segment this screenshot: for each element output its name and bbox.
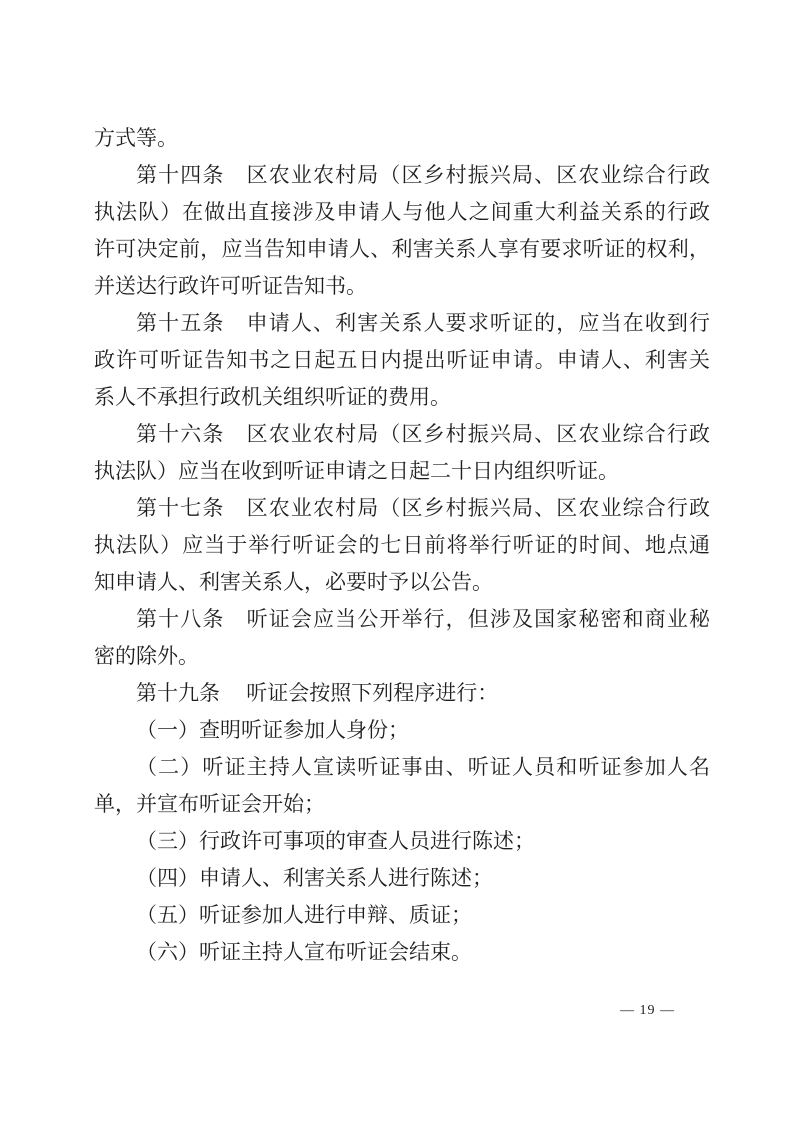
text-line: 系人不承担行政机关组织听证的费用。 xyxy=(94,379,710,416)
text-line: 知申请人、利害关系人，必要时予以公告。 xyxy=(94,564,710,601)
text-line: 第十九条 听证会按照下列程序进行： xyxy=(94,675,710,712)
text-line: （一）查明听证参加人身份； xyxy=(94,712,710,749)
text-line: 执法队）在做出直接涉及申请人与他人之间重大利益关系的行政 xyxy=(94,194,710,231)
text-line: 许可决定前，应当告知申请人、利害关系人享有要求听证的权利， xyxy=(94,231,710,268)
text-line: 第十五条 申请人、利害关系人要求听证的，应当在收到行 xyxy=(94,305,710,342)
text-line: 政许可听证告知书之日起五日内提出听证申请。申请人、利害关 xyxy=(94,342,710,379)
text-line: 方式等。 xyxy=(94,120,710,157)
text-line: （二）听证主持人宣读听证事由、听证人员和听证参加人名 xyxy=(94,749,710,786)
text-line: 第十七条 区农业农村局（区乡村振兴局、区农业综合行政 xyxy=(94,490,710,527)
text-line: 并送达行政许可听证告知书。 xyxy=(94,268,710,305)
text-line: 执法队）应当于举行听证会的七日前将举行听证的时间、地点通 xyxy=(94,527,710,564)
text-line: （四）申请人、利害关系人进行陈述； xyxy=(94,860,710,897)
text-line: （六）听证主持人宣布听证会结束。 xyxy=(94,934,710,971)
text-line: 第十四条 区农业农村局（区乡村振兴局、区农业综合行政 xyxy=(94,157,710,194)
text-line: 单，并宣布听证会开始； xyxy=(94,786,710,823)
text-line: 第十八条 听证会应当公开举行，但涉及国家秘密和商业秘 xyxy=(94,601,710,638)
page-number: — 19 — xyxy=(620,1001,780,1021)
text-line: 密的除外。 xyxy=(94,638,710,675)
document-text-block: 方式等。 第十四条 区农业农村局（区乡村振兴局、区农业综合行政 执法队）在做出直… xyxy=(94,120,710,971)
document-page: 方式等。 第十四条 区农业农村局（区乡村振兴局、区农业综合行政 执法队）在做出直… xyxy=(0,0,793,1122)
text-line: （三）行政许可事项的审查人员进行陈述； xyxy=(94,823,710,860)
text-line: 第十六条 区农业农村局（区乡村振兴局、区农业综合行政 xyxy=(94,416,710,453)
text-line: （五）听证参加人进行申辩、质证； xyxy=(94,897,710,934)
text-line: 执法队）应当在收到听证申请之日起二十日内组织听证。 xyxy=(94,453,710,490)
